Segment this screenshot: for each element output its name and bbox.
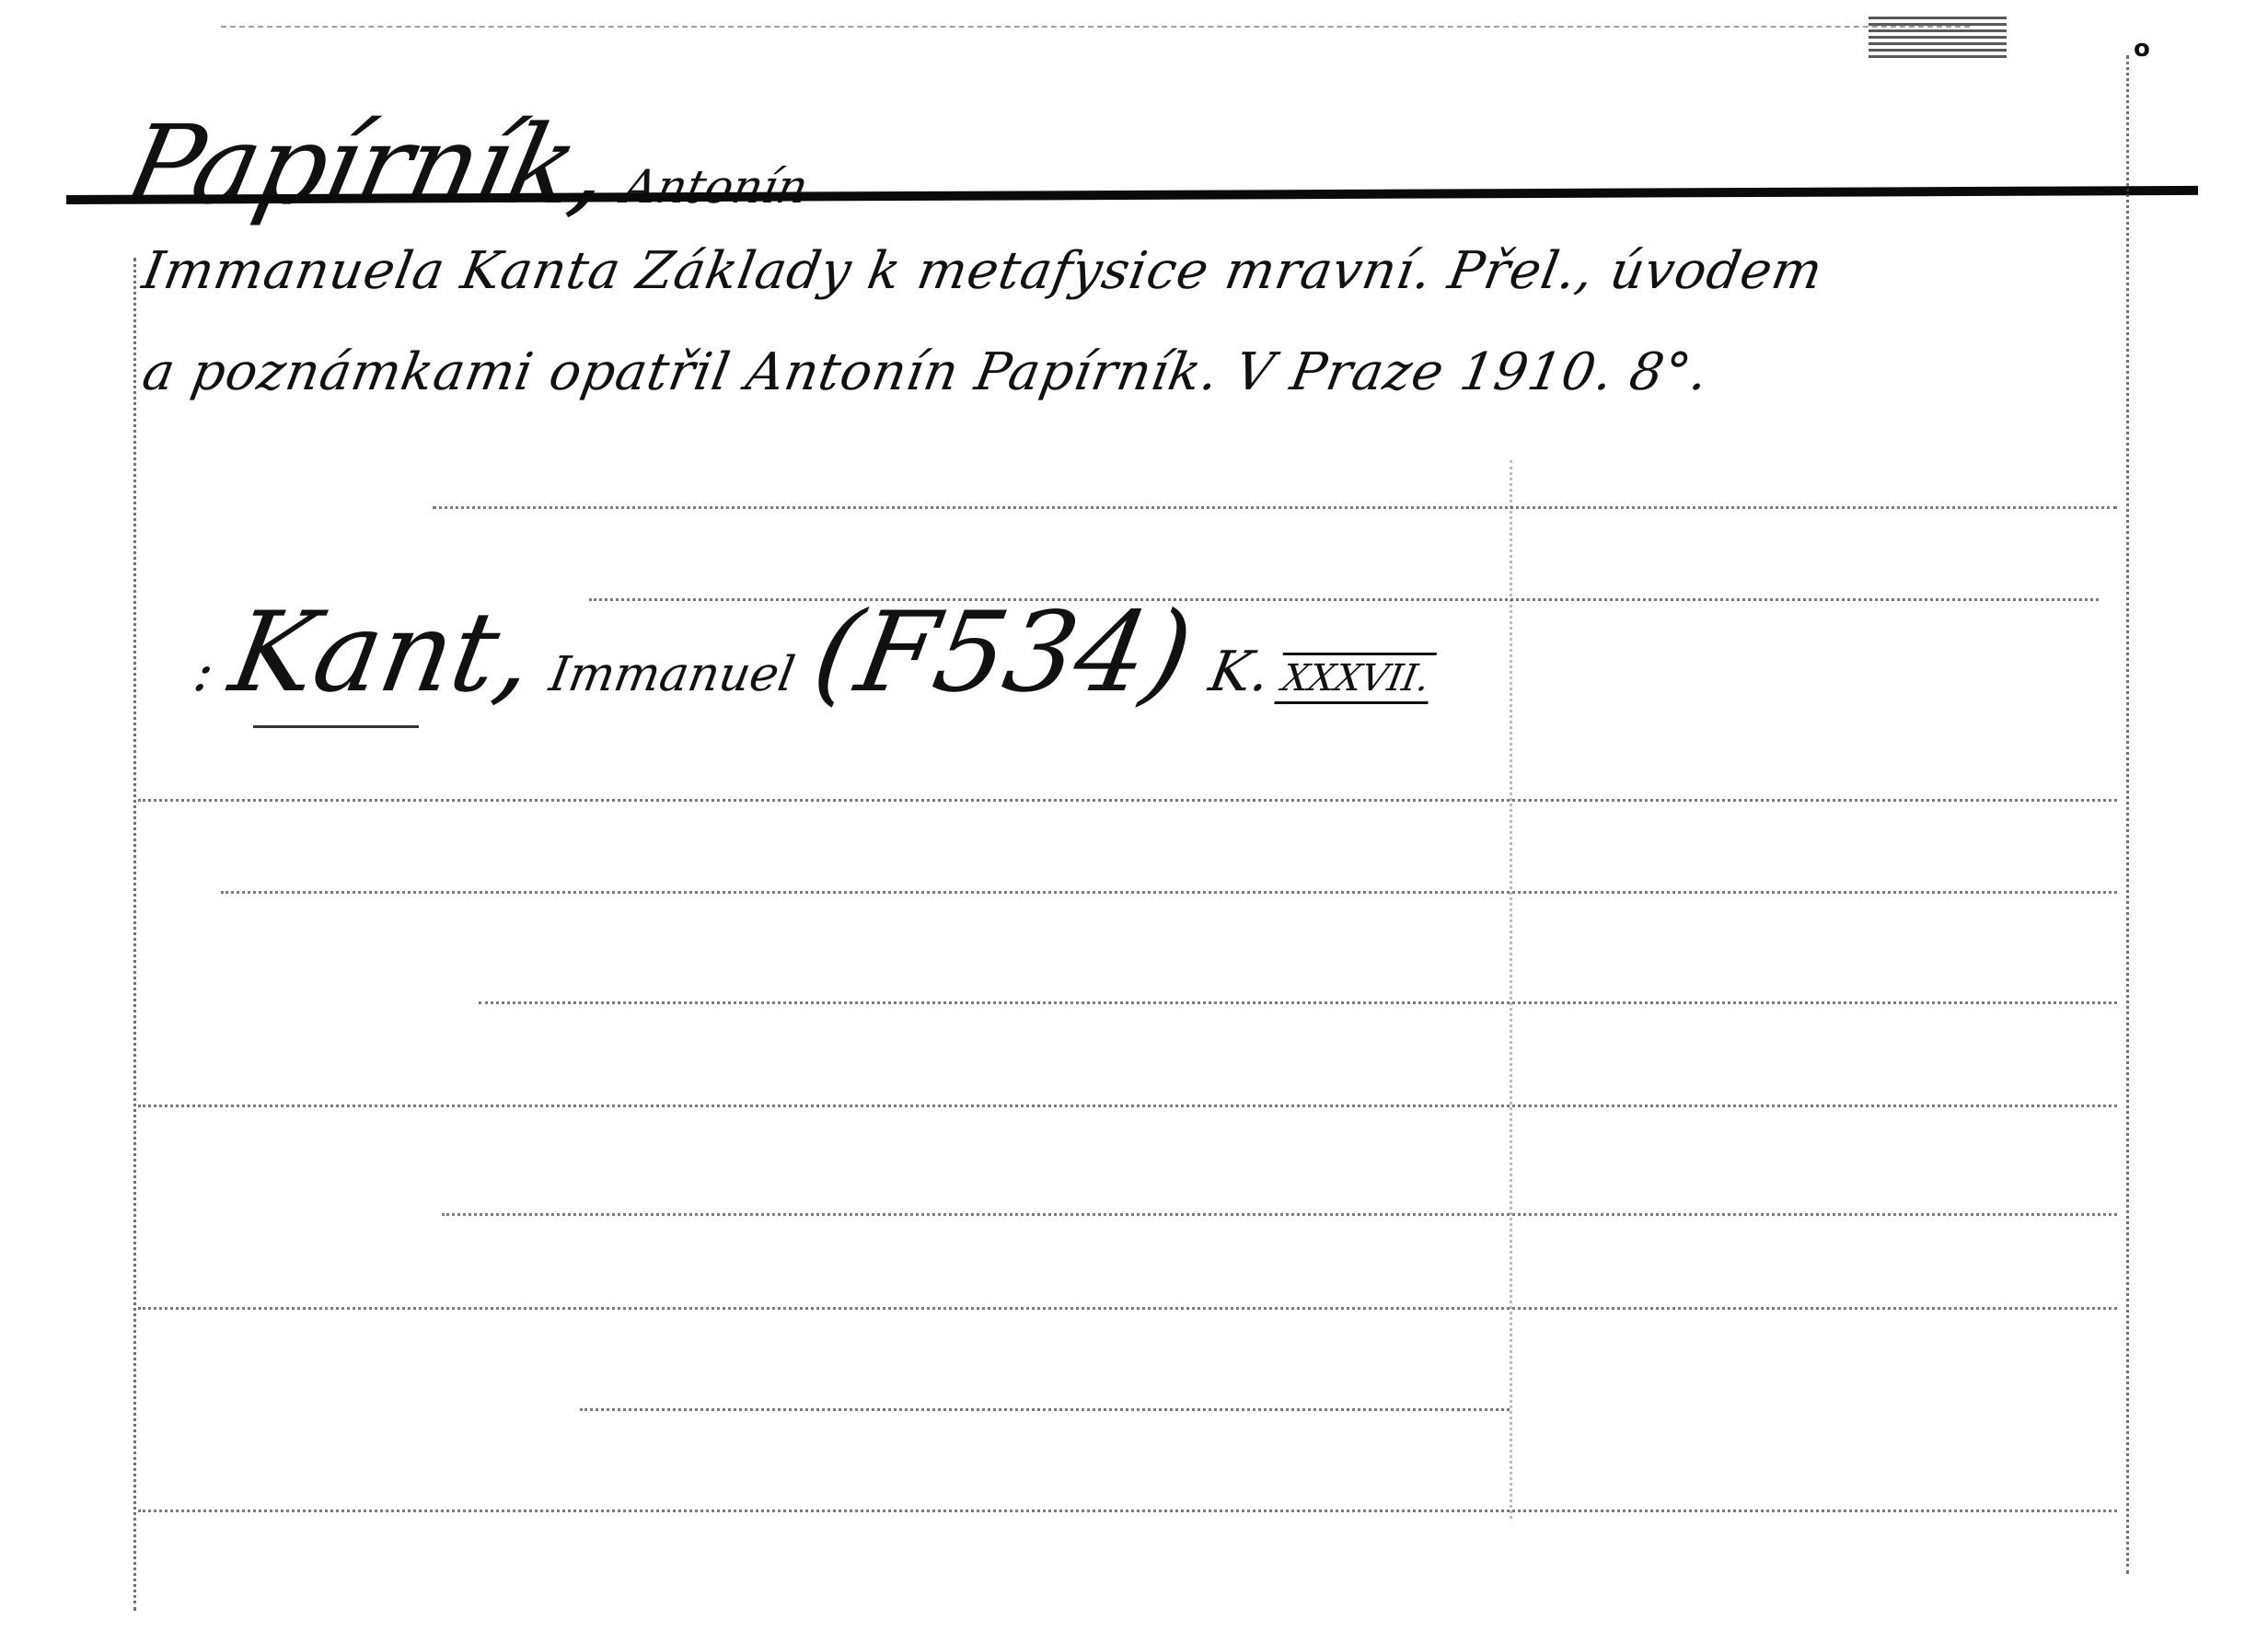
xref-underline [253,725,419,728]
xref-shelf-prefix: K. [1205,640,1275,704]
corner-mark: o [2134,35,2150,63]
ruling-line [589,598,2099,601]
scan-smudge [1869,17,2007,61]
ruling-line [138,1307,2117,1310]
ruling-line [138,799,2117,802]
card-heading: Papírník, Antonín [129,101,807,228]
entry-line-2: a poznámkami opatřil Antonín Papírník. V… [138,342,1713,402]
xref-call-number: (F534) [804,589,1200,717]
right-border [2126,55,2129,1574]
entry-line-1: Immanuela Kanta Základy k metafysice mra… [138,241,1827,301]
scan-noise-top [221,26,1970,33]
xref-shelf-roman: XXXVII. [1275,653,1438,704]
ruling-line [580,1408,1510,1411]
xref-given-name: Immanuel [546,647,799,702]
ruling-line [138,1510,2117,1512]
ruling-line [479,1001,2117,1004]
catalog-card: o Papírník, Antonín Immanuela Kanta Zákl… [0,0,2268,1631]
heading-given-name: Antonín [619,160,813,214]
middle-guide [1510,460,1512,1519]
ruling-line [442,1213,2117,1216]
ruling-line [433,506,2117,509]
xref-surname: Kant, [222,589,543,717]
cross-reference: :Kant,Immanuel(F534)K.XXXVII. [187,589,1449,717]
ruling-line [138,1105,2117,1107]
xref-prefix: : [189,640,219,704]
heading-surname: Papírník, [115,101,619,228]
left-border [133,258,136,1611]
ruling-line [221,891,2117,894]
